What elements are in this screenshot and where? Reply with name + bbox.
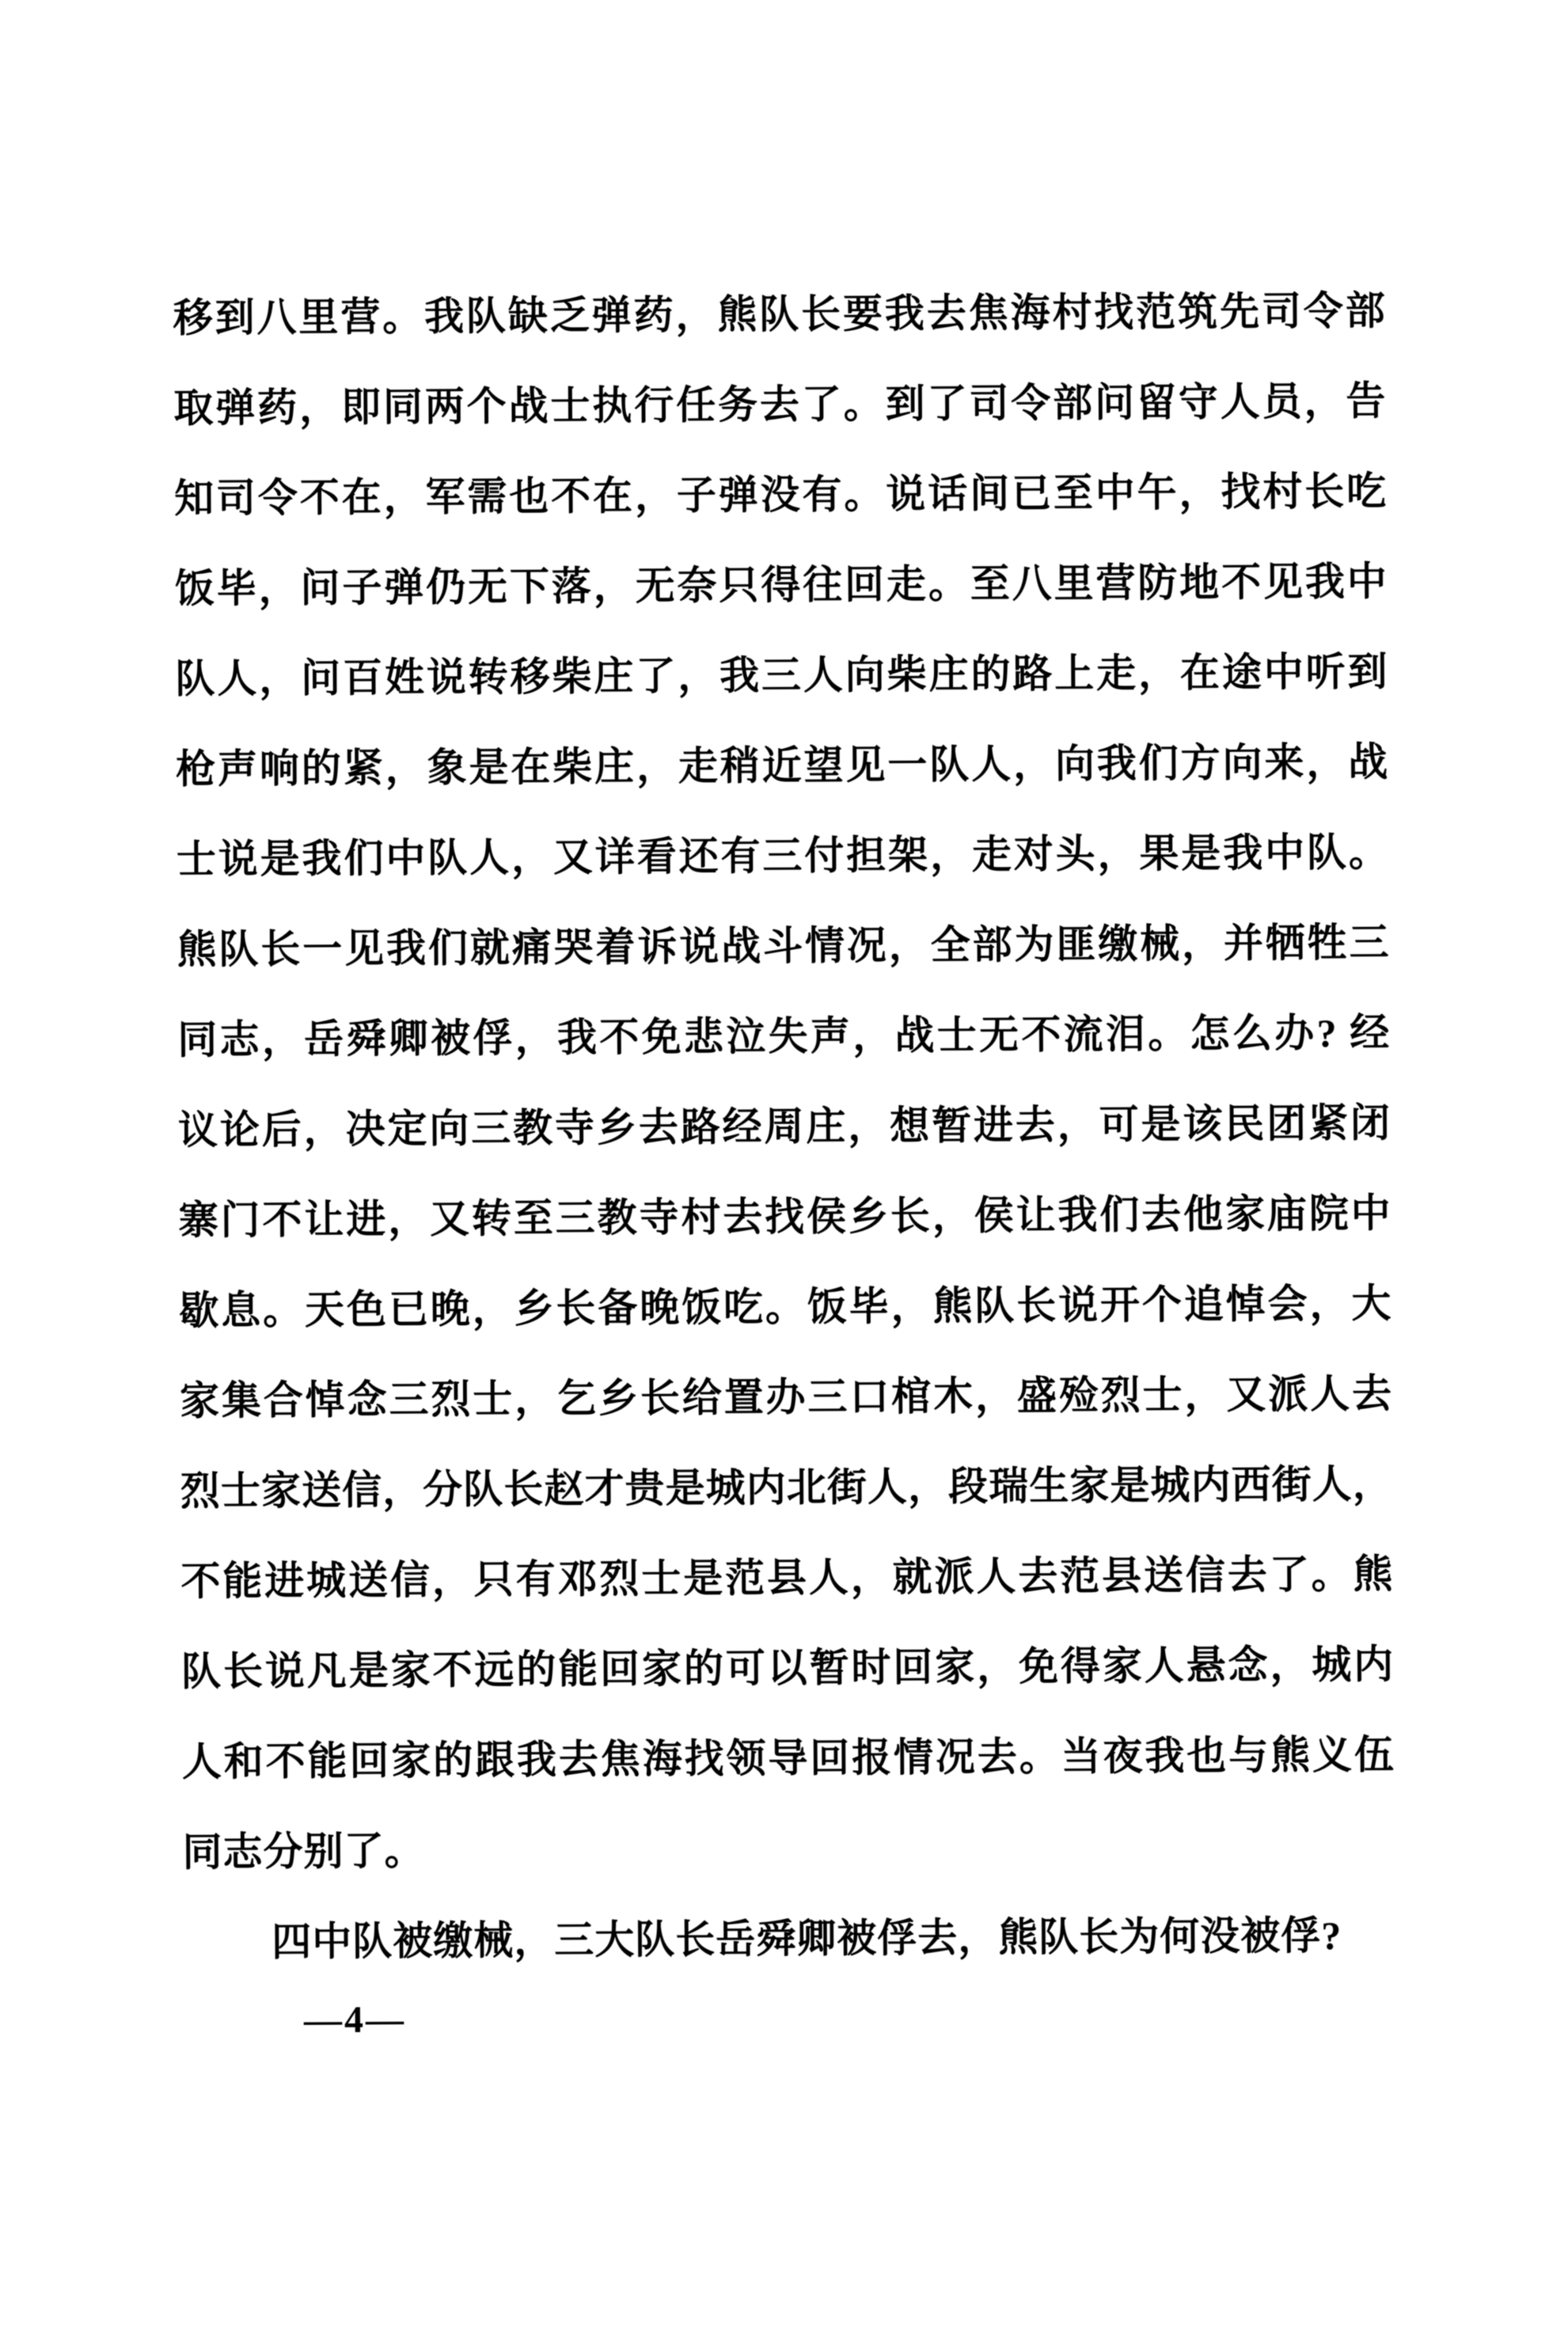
text-line: 歇息。天色已晚，乡长备晚饭吃。饭毕，熊队长说开个追悼会，大 <box>179 1258 1392 1355</box>
text-line: 枪声响的紧，象是在柴庄，走稍近望见一队人，向我们方向来，战 <box>176 716 1389 814</box>
text-line: 人和不能回家的跟我去焦海找领导回报情况去。当夜我也与熊义伍 <box>182 1709 1395 1807</box>
page-number: —4— <box>304 1989 406 2053</box>
text-line: 不能进城送信，只有邓烈士是范县人，就派人去范县送信去了。熊 <box>180 1529 1394 1626</box>
text-line: 士说是我们中队人，又详看还有三付担架，走对头，果是我中队。 <box>177 807 1390 904</box>
text-line: 饭毕，问子弹仍无下落，无奈只得往回走。至八里营防地不见我中 <box>174 536 1388 633</box>
text-line: 寨门不让进，又转至三教寺村去找侯乡长，侯让我们去他家庙院中 <box>178 1168 1391 1265</box>
text-line: 四中队被缴械，三大队长岳舜卿被俘去，熊队长为何没被俘? <box>183 1890 1396 1987</box>
text-line: 家集合悼念三烈士，乞乡长给置办三口棺木，盛殓烈士，又派人去 <box>180 1348 1393 1446</box>
text-line: 同志分别了。 <box>182 1799 1395 1897</box>
text-line: 同志，岳舜卿被俘，我不免悲泣失声，战士无不流泪。怎么办? 经 <box>177 987 1391 1085</box>
text-line: 烈士家送信，分队长赵才贵是城内北街人，段瑞生家是城内西街人， <box>180 1438 1393 1536</box>
text-line: 队人，问百姓说转移柴庄了，我三人向柴庄的路上走，在途中听到 <box>175 626 1388 724</box>
text-line: 队长说凡是家不远的能回家的可以暂时回家，免得家人悬念，城内 <box>181 1619 1395 1716</box>
scanned-document-page: 移到八里营。我队缺乏弹药，熊队长要我去焦海村找范筑先司令部 取弹药，即同两个战士… <box>0 0 1568 2329</box>
text-line: 熊队长一见我们就痛哭着诉说战斗情况，全部为匪缴械，并牺牲三 <box>177 897 1390 994</box>
text-line: 取弹药，即同两个战士执行任务去了。到了司令部问留守人员，告 <box>173 355 1387 453</box>
text-line: 议论后，决定向三教寺乡去路经周庄，想暂进去，可是该民团紧闭 <box>178 1077 1391 1175</box>
text-line: 移到八里营。我队缺乏弹药，熊队长要我去焦海村找范筑先司令部 <box>173 265 1386 363</box>
body-text-block: 移到八里营。我队缺乏弹药，熊队长要我去焦海村找范筑先司令部 取弹药，即同两个战士… <box>173 265 1395 1987</box>
text-line: 知司令不在，军需也不在，子弹没有。说话间已至中午，找村长吃 <box>174 446 1388 543</box>
